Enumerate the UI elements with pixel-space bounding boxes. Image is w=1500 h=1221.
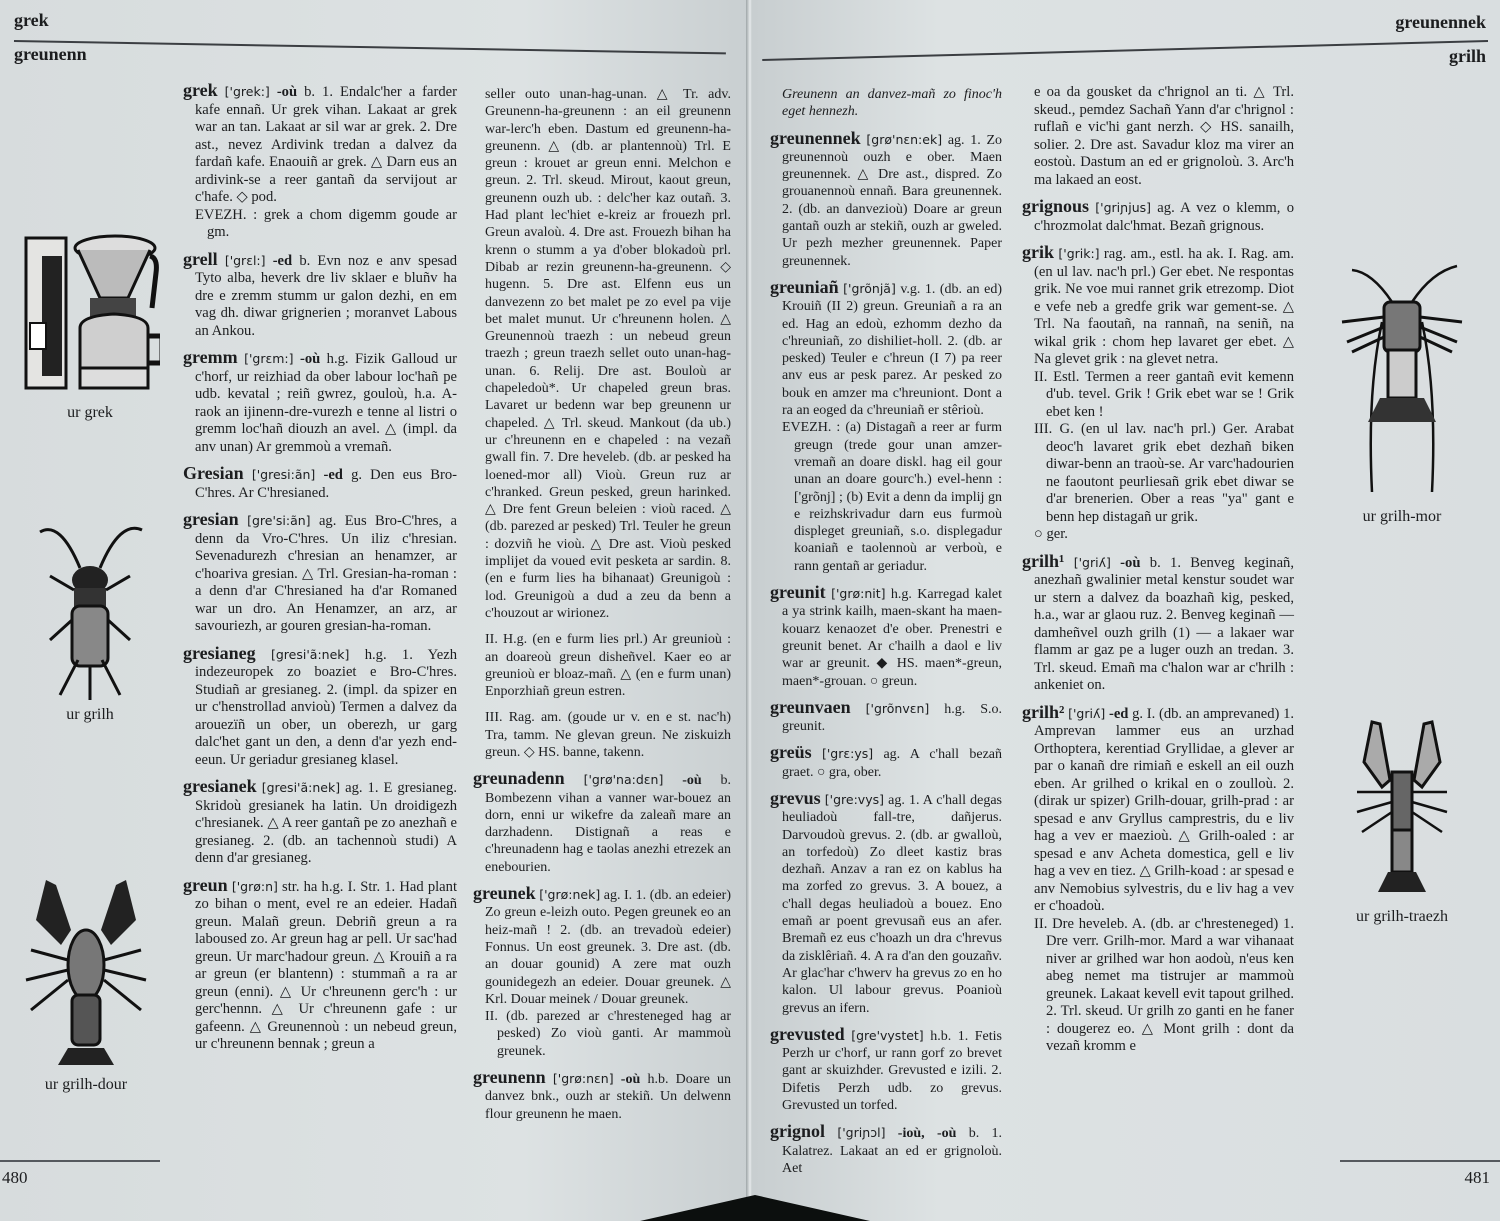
pronunciation: ['grõnjã] <box>843 281 896 296</box>
dictionary-entry: grevusted [gre'vystet] h.b. 1. Fetis Per… <box>770 1026 1002 1114</box>
definition: b. Bombezenn vihan a vanner war-bouez an… <box>485 773 731 874</box>
pronunciation: ['grø:n] <box>232 879 278 894</box>
entry-section: II. H.g. (en e furm lies prl.) Ar greuni… <box>473 631 731 700</box>
plural-suffix: -ed <box>1109 706 1128 722</box>
pronunciation: [gre'si:ãn] <box>247 513 310 528</box>
definition: str. ha h.g. I. Str. 1. Had plant zo bih… <box>195 879 457 1053</box>
right-page: greunennek grilh Greunenn an danvez-mañ … <box>752 0 1500 1221</box>
dictionary-entry: grilh² ['griʎ] -ed g. I. (db. an ampreva… <box>1022 704 1294 1056</box>
pronunciation: ['grõnvɛn] <box>866 701 930 716</box>
entry-continuation: e oa da gousket da c'hrignol an ti. △ Tr… <box>1022 84 1294 189</box>
definition: b. 1. Endalc'her a farder kafe ennañ. Ur… <box>195 84 457 205</box>
definition: ag. A c'hall bezañ graet. ○ gra, ober. <box>782 747 1002 779</box>
headword: greunennek <box>770 128 861 148</box>
pronunciation: ['griɲjus] <box>1095 200 1151 215</box>
figure-caption: ur grek <box>10 404 170 422</box>
pronunciation: ['grø:nek] <box>539 887 600 902</box>
footer-rule <box>0 1160 160 1162</box>
dictionary-entry: greun ['grø:n] str. ha h.g. I. Str. 1. H… <box>183 877 457 1054</box>
figure-caption: ur grilh <box>10 706 170 724</box>
page-number: 480 <box>2 1168 28 1188</box>
right-column-2: e oa da gousket da c'hrignol an ti. △ Tr… <box>1022 84 1294 1065</box>
pronunciation: [gresi'ã:nek] <box>271 647 349 662</box>
lobster-illustration <box>1342 712 1462 902</box>
cricket-illustration <box>30 520 150 700</box>
definition: ag. I. 1. (db. an edeier) Zo greun e-lei… <box>485 888 731 1007</box>
headword: grik <box>1022 242 1054 262</box>
dictionary-entry: gresianek [gresi'ã:nek] ag. 1. E gresian… <box>183 778 457 868</box>
plural-suffix: -où <box>1120 555 1140 571</box>
entry-continuation: seller outo unan-hag-unan. △ Tr. adv. Gr… <box>473 86 731 622</box>
headword: grek <box>183 80 218 100</box>
figure-caption: ur grilh-traezh <box>1312 908 1492 926</box>
dictionary-entry: gresianeg [gresi'ã:nek] h.g. 1. Yezh ind… <box>183 645 457 770</box>
dictionary-entry: gresian [gre'si:ãn] ag. Eus Bro-C'hres, … <box>183 511 457 636</box>
dictionary-entry: grevus ['gre:vys] ag. 1. A c'hall degas … <box>770 790 1002 1017</box>
dictionary-entry: grek ['grek:] -où b. 1. Endalc'her a far… <box>183 82 457 242</box>
dictionary-entry: gremm ['grɛm:] -où h.g. Fizik Galloud ur… <box>183 349 457 456</box>
headword: grevusted <box>770 1024 845 1044</box>
definition: ag. 1. A c'hall degas heuliadoù fall-tre… <box>782 793 1002 1016</box>
plural-suffix: -ed <box>273 253 292 269</box>
plural-suffix: -où <box>621 1072 640 1087</box>
pronunciation: [gre'vystet] <box>851 1028 923 1043</box>
dictionary-entry: greunadenn ['grø'na:dɛn] -où b. Bombezen… <box>473 770 731 876</box>
headword: grevus <box>770 788 821 808</box>
dictionary-entry: greunenn ['grø:nɛn] -où h.b. Doare un da… <box>473 1069 731 1123</box>
pronunciation: ['griʎ] <box>1068 706 1105 721</box>
figure-lobster: ur grilh-traezh <box>1312 712 1492 926</box>
headword: gresianeg <box>183 643 256 663</box>
crayfish-illustration <box>16 870 156 1070</box>
definition: b. 1. Benveg keginañ, anezhañ gwalinier … <box>1034 555 1294 694</box>
entry-section: II. Dre heveleb. A. (db. ar c'hrestenege… <box>1034 916 1294 1056</box>
figure-crayfish: ur grilh-dour <box>6 870 166 1094</box>
headword: greüs <box>770 742 812 762</box>
entry-section: III. Rag. am. (goude ur v. en e st. nac'… <box>473 709 731 761</box>
definition: g. I. (db. an amprevaned) 1. Amprevan la… <box>1034 706 1294 915</box>
headword: grignous <box>1022 196 1089 216</box>
dictionary-entry: greüs ['grɛ:ys] ag. A c'hall bezañ graet… <box>770 744 1002 781</box>
definition: v.g. 1. (db. an ed) Krouiñ (II 2) greun.… <box>782 282 1002 418</box>
headword: greun <box>183 875 228 895</box>
definition: ag. 1. Zo greunennoù ouzh e ober. Maen g… <box>782 133 1002 269</box>
pronunciation: ['grik:] <box>1058 246 1099 261</box>
headword: grell <box>183 249 218 269</box>
running-head-top: grek <box>14 10 49 31</box>
figure-coffee-maker: ur grek <box>10 228 170 422</box>
headword: gresianek <box>183 776 257 796</box>
plural-suffix: -ioù, -où <box>898 1126 957 1141</box>
figure-caption: ur grilh-mor <box>1312 508 1492 526</box>
dictionary-entry: grilh¹ ['griʎ] -où b. 1. Benveg keginañ,… <box>1022 553 1294 695</box>
dictionary-entry: greunit ['grø:nit] h.g. Karregad kalet a… <box>770 584 1002 690</box>
definition: rag. am., estl. ha ak. I. Rag. am. (en u… <box>1034 246 1294 367</box>
header-rule <box>14 40 726 54</box>
plural-suffix: -où <box>682 773 701 788</box>
pronunciation: ['grek:] <box>225 84 270 99</box>
pronunciation: ['griɲɔl] <box>837 1125 885 1140</box>
entry-section: III. G. (en ul lav. nac'h prl.) Ger. Ara… <box>1034 421 1294 526</box>
entry-section: II. Estl. Termen a reer gantañ evit keme… <box>1034 369 1294 422</box>
pronunciation: ['gresi:ãn] <box>252 467 315 482</box>
headword: grilh¹ <box>1022 551 1064 571</box>
cross-reference: ○ ger. <box>1034 526 1294 544</box>
headword: greunvaen <box>770 697 851 717</box>
definition: h.g. 1. Yezh indezeuropek zo boaziet e B… <box>195 647 457 768</box>
headword: Gresian <box>183 463 244 483</box>
spiny-lobster-illustration <box>1332 262 1472 502</box>
headword: greuniañ <box>770 277 839 297</box>
running-head-bottom: grilh <box>1449 46 1486 67</box>
pronunciation: [gresi'ã:nek] <box>262 780 340 795</box>
headword: greunit <box>770 582 826 602</box>
pronunciation: ['grɛm:] <box>244 351 293 366</box>
pronunciation: ['grø'na:dɛn] <box>584 772 664 787</box>
plural-suffix: -ed <box>323 467 342 483</box>
dictionary-entry: grik ['grik:] rag. am., estl. ha ak. I. … <box>1022 244 1294 544</box>
dictionary-entry: greunvaen ['grõnvɛn] h.g. S.o. greunit. <box>770 699 1002 736</box>
footer-rule <box>1340 1160 1500 1162</box>
figure-cricket: ur grilh <box>10 520 170 724</box>
pronunciation: ['gre:vys] <box>825 792 884 807</box>
dictionary-entry: grignous ['griɲjus] ag. A vez o klemm, o… <box>1022 198 1294 235</box>
definition: h.g. Karregad kalet a ya strink kailh, m… <box>782 587 1002 688</box>
entry-section: II. (db. parezed ar c'hresteneged hag ar… <box>485 1008 731 1060</box>
headword: grignol <box>770 1121 825 1141</box>
plural-suffix: -où <box>277 84 297 100</box>
headword: gremm <box>183 347 238 367</box>
figure-spiny-lobster: ur grilh-mor <box>1312 262 1492 526</box>
pronunciation: ['grø:nɛn] <box>553 1071 614 1086</box>
dictionary-entry: greunennek [grø'nɛn:ek] ag. 1. Zo greune… <box>770 130 1002 270</box>
dictionary-entry: greuniañ ['grõnjã] v.g. 1. (db. an ed) K… <box>770 279 1002 575</box>
running-head-bottom: greunenn <box>14 44 87 65</box>
headword: greunenn <box>473 1067 546 1087</box>
usage-note: EVEZH. : grek a chom digemm goude ar gm. <box>195 207 457 242</box>
right-column-1: Greunenn an danvez-mañ zo finoc'h eget h… <box>770 86 1002 1186</box>
left-column-1: grek ['grek:] -où b. 1. Endalc'her a far… <box>183 82 457 1063</box>
usage-note: EVEZH. : (a) Distagañ a reer ar furm gre… <box>782 419 1002 575</box>
left-column-2: seller outo unan-hag-unan. △ Tr. adv. Gr… <box>473 86 731 1132</box>
headword: gresian <box>183 509 239 529</box>
headword: greunek <box>473 883 536 903</box>
header-rule <box>762 40 1488 61</box>
dictionary-entry: Gresian ['gresi:ãn] -ed g. Den eus Bro-C… <box>183 465 457 502</box>
entry-continuation: Greunenn an danvez-mañ zo finoc'h eget h… <box>770 86 1002 121</box>
pronunciation: ['grø:nit] <box>831 586 885 601</box>
pronunciation: ['griʎ] <box>1074 555 1111 570</box>
pronunciation: ['grɛl:] <box>225 253 266 268</box>
definition: ag. Eus Bro-C'hres, a denn da Vro-C'hres… <box>195 513 457 634</box>
page-number: 481 <box>1465 1168 1491 1188</box>
dictionary-entry: grell ['grɛl:] -ed b. Evn noz e anv spes… <box>183 251 457 341</box>
running-head-top: greunennek <box>1395 12 1486 33</box>
pronunciation: ['grɛ:ys] <box>822 746 873 761</box>
left-page: grek greunenn ur grek ur grilh <box>0 0 748 1221</box>
figure-caption: ur grilh-dour <box>6 1076 166 1094</box>
pronunciation: [grø'nɛn:ek] <box>866 132 942 147</box>
coffee-maker-illustration <box>20 228 160 398</box>
headword: greunadenn <box>473 768 565 788</box>
headword: grilh² <box>1022 702 1064 722</box>
dictionary-entry: greunek ['grø:nek] ag. I. 1. (db. an ede… <box>473 885 731 1060</box>
dictionary-entry: grignol ['griɲɔl] -ioù, -où b. 1. Kalatr… <box>770 1123 1002 1177</box>
plural-suffix: -où <box>300 351 320 367</box>
